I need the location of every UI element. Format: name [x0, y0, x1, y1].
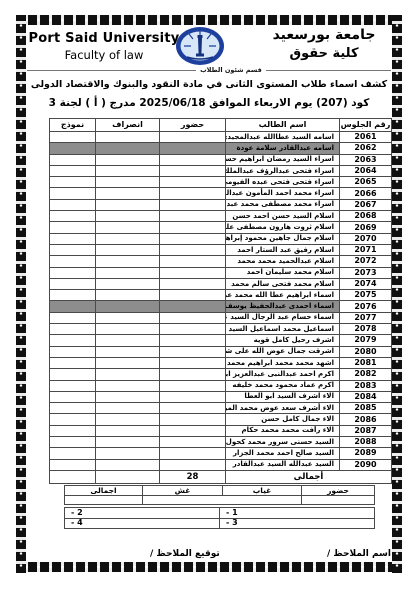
student-name: السيد صالح احمد محمد الجزار	[226, 448, 340, 459]
seat-number: 2062	[340, 143, 392, 154]
seat-number: 2070	[340, 233, 392, 244]
attendance-cell	[160, 222, 226, 233]
departure-cell	[96, 437, 160, 448]
departure-cell	[96, 301, 160, 312]
departure-cell	[96, 177, 160, 188]
seat-number: 2064	[340, 165, 392, 176]
departure-cell	[96, 380, 160, 391]
table-row: 2089السيد صالح احمد محمد الجزار	[50, 448, 392, 459]
form-cell	[50, 290, 96, 301]
ornamental-border-bottom	[16, 562, 402, 572]
ornamental-border-top	[16, 15, 402, 25]
form-cell	[50, 369, 96, 380]
table-row: 2074اسلام محمد فتحى سالم محمد	[50, 278, 392, 289]
attendance-cell	[160, 448, 226, 459]
student-name: اسماء ابراهيم عطا الله محمد عبد الحميد	[226, 290, 340, 301]
departure-cell	[96, 459, 160, 470]
sheet-subtitle: كود (207) يوم الاربعاء الموافق 2025/06/1…	[27, 97, 391, 109]
ornamental-border-left	[16, 15, 26, 573]
table-row: 2077اسماء حسام عبد الرجال السيد عيسى	[50, 312, 392, 323]
seat-number: 2090	[340, 459, 392, 470]
department-label: قسم شئون الطلاب	[196, 66, 266, 74]
seat-number: 2086	[340, 414, 392, 425]
note-cell-4: - 4	[65, 518, 220, 529]
ornamental-border-right	[392, 15, 402, 573]
divider-line-right	[266, 70, 391, 71]
student-name: الاء أشرف سعد عوض محمد المر	[226, 403, 340, 414]
attendance-cell	[160, 391, 226, 402]
table-row: 2088السيد حسنى سرور محمد كحول	[50, 437, 392, 448]
attendance-cell	[160, 301, 226, 312]
attendance-cell	[160, 154, 226, 165]
departure-cell	[96, 165, 160, 176]
seat-number: 2072	[340, 256, 392, 267]
attendance-cell	[160, 278, 226, 289]
seat-number: 2081	[340, 357, 392, 368]
student-name: اسلام رفيق عبد الستار احمد	[226, 244, 340, 255]
seat-number: 2071	[340, 244, 392, 255]
summary-empty-row	[65, 495, 375, 505]
form-cell	[50, 324, 96, 335]
form-cell	[50, 301, 96, 312]
table-row: 2078اسماعيل محمد اسماعيل السيد السيد اله…	[50, 324, 392, 335]
seat-number: 2077	[340, 312, 392, 323]
table-row: 2066اسراء محمد احمد المأمون عبدالعال	[50, 188, 392, 199]
departure-cell	[96, 448, 160, 459]
form-cell	[50, 278, 96, 289]
seat-number: 2061	[340, 132, 392, 143]
summary-header-cheating: غش	[143, 486, 223, 496]
table-row: 2070اسلام جمال جاهين محمود إبراهيم	[50, 233, 392, 244]
seat-number: 2076	[340, 301, 392, 312]
student-name: اسماء احمدى عبدالحفيظ يوسف	[226, 301, 340, 312]
numbered-row: - 3 - 4	[65, 518, 375, 529]
form-cell	[50, 437, 96, 448]
table-row: 2062اسامه عبدالقادر سلامة عودة	[50, 143, 392, 154]
form-cell	[50, 459, 96, 470]
seat-number: 2078	[340, 324, 392, 335]
seat-number: 2074	[340, 278, 392, 289]
attendance-cell	[160, 233, 226, 244]
seat-number: 2082	[340, 369, 392, 380]
attendance-cell	[160, 324, 226, 335]
university-logo-icon	[175, 26, 225, 66]
form-cell	[50, 391, 96, 402]
departure-cell	[96, 199, 160, 210]
column-header-form: نموذج	[50, 119, 96, 132]
departure-cell	[96, 324, 160, 335]
student-name: اسراء محمد احمد المأمون عبدالعال	[226, 188, 340, 199]
summary-header-row: حضور غياب غش اجمالى	[65, 486, 375, 496]
seat-number: 2087	[340, 425, 392, 436]
seat-number: 2083	[340, 380, 392, 391]
table-row: 2075اسماء ابراهيم عطا الله محمد عبد الحم…	[50, 290, 392, 301]
form-cell	[50, 448, 96, 459]
summary-total-cell	[65, 495, 143, 505]
table-row: 2068اسلام السيد حسن احمد حسن	[50, 211, 392, 222]
departure-cell	[96, 290, 160, 301]
table-row: 2073اسلام محمد سليمان احمد	[50, 267, 392, 278]
form-cell	[50, 256, 96, 267]
departure-cell	[96, 132, 160, 143]
student-name: الاء رأفت محمد محمد حكام	[226, 425, 340, 436]
student-name: اسماعيل محمد اسماعيل السيد السيد الهنيدى	[226, 324, 340, 335]
attendance-cell	[160, 459, 226, 470]
attendance-cell	[160, 211, 226, 222]
attendance-cell	[160, 369, 226, 380]
table-row: 2067اسراء محمد مصطفى محمد عبد الحى	[50, 199, 392, 210]
attendance-cell	[160, 335, 226, 346]
form-cell	[50, 233, 96, 244]
summary-table: حضور غياب غش اجمالى	[64, 485, 375, 505]
attendance-cell	[160, 132, 226, 143]
table-row: 2085الاء أشرف سعد عوض محمد المر	[50, 403, 392, 414]
table-row: 2076اسماء احمدى عبدالحفيظ يوسف	[50, 301, 392, 312]
attendance-cell	[160, 380, 226, 391]
student-name: اشهد محمد محمد ابراهيم محمد	[226, 357, 340, 368]
note-cell-2: - 2	[65, 508, 220, 519]
student-name: اسلام ثروت هارون مصطفى على	[226, 222, 340, 233]
summary-header-total: اجمالى	[65, 486, 143, 496]
faculty-name-english: Faculty of law	[28, 48, 180, 62]
table-row: 2072اسلام عبدالحميد محمد محمد	[50, 256, 392, 267]
departure-cell	[96, 267, 160, 278]
form-cell	[50, 132, 96, 143]
departure-cell	[96, 414, 160, 425]
university-name-english-block: Port Said University Faculty of law	[28, 31, 180, 62]
departure-cell	[96, 211, 160, 222]
numbered-notes-table: - 1 - 2 - 3 - 4	[64, 507, 375, 529]
form-cell	[50, 267, 96, 278]
student-name: اسراء محمد مصطفى محمد عبد الحى	[226, 199, 340, 210]
form-cell	[50, 312, 96, 323]
attendance-cell	[160, 437, 226, 448]
observer-name-label: اسم الملاحظ /	[327, 549, 391, 559]
departure-cell	[96, 143, 160, 154]
student-name: اسلام محمد سليمان احمد	[226, 267, 340, 278]
table-row: 2061اسامه السيد عطاالله عبدالمجيدى	[50, 132, 392, 143]
form-cell	[50, 346, 96, 357]
attendance-cell	[160, 256, 226, 267]
student-name: اسامه السيد عطاالله عبدالمجيدى	[226, 132, 340, 143]
student-name: اسلام عبدالحميد محمد محمد	[226, 256, 340, 267]
summary-header-absent: غياب	[223, 486, 302, 496]
departure-cell	[96, 233, 160, 244]
student-name: اسلام محمد فتحى سالم محمد	[226, 278, 340, 289]
form-cell	[50, 244, 96, 255]
student-name: اسراء فتحى فتحى عبده الفيومى	[226, 177, 340, 188]
seat-number: 2084	[340, 391, 392, 402]
departure-cell	[96, 222, 160, 233]
attendance-cell	[160, 177, 226, 188]
summary-present-cell	[302, 495, 375, 505]
table-row: 2084الاء اشرف السيد ابو العطا	[50, 391, 392, 402]
table-row: 2080اشرقت جمال عوض الله على شطا	[50, 346, 392, 357]
divider-line-left	[27, 70, 196, 71]
table-row: 2064اسراء فتحى عبدالرؤف عبدالملك	[50, 165, 392, 176]
table-row: 2083اكرم عماد محمود محمد خليفه	[50, 380, 392, 391]
departure-cell	[96, 188, 160, 199]
summary-middle-cell	[143, 495, 302, 505]
departure-cell	[96, 244, 160, 255]
note-cell-3: - 3	[220, 518, 375, 529]
attendance-cell	[160, 143, 226, 154]
attendance-cell	[160, 267, 226, 278]
seat-number: 2088	[340, 437, 392, 448]
form-cell	[50, 165, 96, 176]
student-name: اكرم احمد عبدالنبى عبدالعزيز ابراهيم	[226, 369, 340, 380]
seat-number: 2085	[340, 403, 392, 414]
seat-number: 2073	[340, 267, 392, 278]
departure-cell	[96, 312, 160, 323]
form-cell	[50, 357, 96, 368]
note-cell-1: - 1	[220, 508, 375, 519]
table-row: 2087الاء رأفت محمد محمد حكام	[50, 425, 392, 436]
departure-cell	[96, 256, 160, 267]
total-row: أجمالى 28	[50, 470, 392, 483]
table-row: 2086الاء جمال كامل حسن	[50, 414, 392, 425]
seat-number: 2066	[340, 188, 392, 199]
seat-number: 2068	[340, 211, 392, 222]
form-cell	[50, 143, 96, 154]
table-row: 2063اسراء السيد رمضان ابراهيم حسن	[50, 154, 392, 165]
attendance-cell	[160, 199, 226, 210]
seat-number: 2065	[340, 177, 392, 188]
department-divider: قسم شئون الطلاب	[27, 66, 391, 74]
student-name: اسلام السيد حسن احمد حسن	[226, 211, 340, 222]
attendance-sheet-page: Port Said University Faculty of law جامع…	[0, 0, 417, 589]
departure-cell	[96, 346, 160, 357]
attendance-cell	[160, 188, 226, 199]
departure-cell	[96, 357, 160, 368]
column-header-student-name: اسم الطالب	[226, 119, 340, 132]
total-label: أجمالى	[226, 470, 392, 483]
seat-number: 2079	[340, 335, 392, 346]
student-name: اشرف رحيل كامل قويه	[226, 335, 340, 346]
total-present-value: 28	[160, 470, 226, 483]
attendance-cell	[160, 165, 226, 176]
departure-cell	[96, 278, 160, 289]
attendance-cell	[160, 403, 226, 414]
column-header-seat-number: رقم الجلوس	[340, 119, 392, 132]
student-name: السيد حسنى سرور محمد كحول	[226, 437, 340, 448]
form-cell	[50, 188, 96, 199]
form-cell	[50, 177, 96, 188]
table-row: 2082اكرم احمد عبدالنبى عبدالعزيز ابراهيم	[50, 369, 392, 380]
form-cell	[50, 199, 96, 210]
attendance-cell	[160, 312, 226, 323]
student-name: اكرم عماد محمود محمد خليفه	[226, 380, 340, 391]
form-cell	[50, 414, 96, 425]
column-header-attendance: حضور	[160, 119, 226, 132]
seat-number: 2067	[340, 199, 392, 210]
sheet-title: كشف اسماء طلاب المستوى الثانى في مادة ال…	[27, 79, 391, 90]
table-row: 2071اسلام رفيق عبد الستار احمد	[50, 244, 392, 255]
attendance-cell	[160, 357, 226, 368]
departure-cell	[96, 154, 160, 165]
departure-cell	[96, 391, 160, 402]
attendance-cell	[160, 244, 226, 255]
seat-number: 2075	[340, 290, 392, 301]
student-name: الاء اشرف السيد ابو العطا	[226, 391, 340, 402]
student-name: اسلام جمال جاهين محمود إبراهيم	[226, 233, 340, 244]
observer-signature-label: توقيع الملاحظ /	[150, 549, 220, 559]
student-name: اسامه عبدالقادر سلامة عودة	[226, 143, 340, 154]
summary-header-present: حضور	[302, 486, 375, 496]
departure-cell	[96, 425, 160, 436]
total-form-cell	[50, 470, 96, 483]
table-row: 2081اشهد محمد محمد ابراهيم محمد	[50, 357, 392, 368]
total-departure-cell	[96, 470, 160, 483]
form-cell	[50, 335, 96, 346]
seat-number: 2089	[340, 448, 392, 459]
numbered-row: - 1 - 2	[65, 508, 375, 519]
student-name: اسماء حسام عبد الرجال السيد عيسى	[226, 312, 340, 323]
student-name: اسراء السيد رمضان ابراهيم حسن	[226, 154, 340, 165]
students-tbody: 2061اسامه السيد عطاالله عبدالمجيدى2062اس…	[50, 132, 392, 471]
column-header-departure: انصراف	[96, 119, 160, 132]
form-cell	[50, 211, 96, 222]
table-row: 2090السيد عبدالله السيد عبدالقادر	[50, 459, 392, 470]
attendance-cell	[160, 346, 226, 357]
departure-cell	[96, 369, 160, 380]
seat-number: 2080	[340, 346, 392, 357]
attendance-table: رقم الجلوس اسم الطالب حضور انصراف نموذج …	[49, 118, 392, 484]
departure-cell	[96, 335, 160, 346]
form-cell	[50, 380, 96, 391]
attendance-cell	[160, 414, 226, 425]
faculty-name-arabic: كلية حقوق	[265, 46, 383, 61]
university-name-arabic: جامعة بورسعيد	[265, 27, 383, 43]
attendance-cell	[160, 425, 226, 436]
form-cell	[50, 222, 96, 233]
departure-cell	[96, 403, 160, 414]
form-cell	[50, 425, 96, 436]
seat-number: 2063	[340, 154, 392, 165]
table-row: 2069اسلام ثروت هارون مصطفى على	[50, 222, 392, 233]
student-name: اسراء فتحى عبدالرؤف عبدالملك	[226, 165, 340, 176]
form-cell	[50, 154, 96, 165]
student-name: الاء جمال كامل حسن	[226, 414, 340, 425]
table-row: 2079اشرف رحيل كامل قويه	[50, 335, 392, 346]
seat-number: 2069	[340, 222, 392, 233]
university-name-english: Port Said University	[28, 31, 180, 46]
student-name: اشرقت جمال عوض الله على شطا	[226, 346, 340, 357]
university-name-arabic-block: جامعة بورسعيد كلية حقوق	[265, 27, 383, 61]
table-header-row: رقم الجلوس اسم الطالب حضور انصراف نموذج	[50, 119, 392, 132]
attendance-cell	[160, 290, 226, 301]
form-cell	[50, 403, 96, 414]
table-row: 2065اسراء فتحى فتحى عبده الفيومى	[50, 177, 392, 188]
student-name: السيد عبدالله السيد عبدالقادر	[226, 459, 340, 470]
